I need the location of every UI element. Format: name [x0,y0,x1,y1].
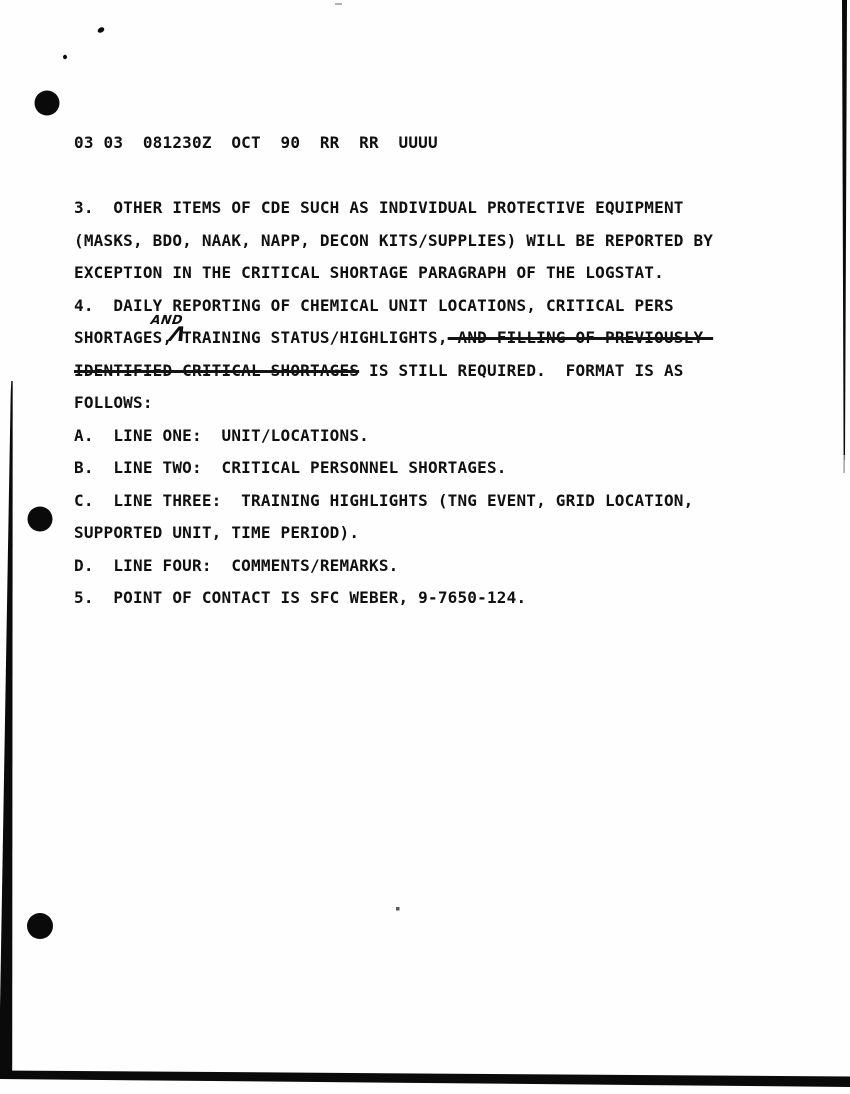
document-line: FOLLOWS: [74,387,713,420]
scan-edge-right-fade [843,455,844,473]
struck-text: AND FILLING OF PREVIOUSLY [448,328,714,347]
typed-text: 3. OTHER ITEMS OF CDE SUCH AS INDIVIDUAL… [74,198,684,217]
document-line: IDENTIFIED CRITICAL SHORTAGES IS STILL R… [74,355,713,388]
typed-text: SHORTAGES, TRAINING STATUS/HIGHLIGHTS, [74,328,448,347]
hole-punch-mark-top [35,91,60,116]
document-line: (MASKS, BDO, NAAK, NAPP, DECON KITS/SUPP… [74,225,713,258]
ink-speck-top-1 [97,26,106,34]
document-line: 5. POINT OF CONTACT IS SFC WEBER, 9-7650… [74,582,713,615]
document-line: 3. OTHER ITEMS OF CDE SUCH AS INDIVIDUAL… [74,192,713,225]
scan-smudge-top-center [335,3,342,5]
document-line: 03 03 081230Z OCT 90 RR RR UUUU [74,127,713,160]
typed-text: SUPPORTED UNIT, TIME PERIOD). [74,523,359,542]
struck-text: IDENTIFIED CRITICAL SHORTAGES [74,361,359,380]
typed-text: 5. POINT OF CONTACT IS SFC WEBER, 9-7650… [74,588,526,607]
typed-text: A. LINE ONE: UNIT/LOCATIONS. [74,426,369,445]
document-line: EXCEPTION IN THE CRITICAL SHORTAGE PARAG… [74,257,713,290]
ink-dot-center-lower [396,907,400,911]
scan-edge-bottom [0,1071,850,1088]
document-line: B. LINE TWO: CRITICAL PERSONNEL SHORTAGE… [74,452,713,485]
scanned-document-page: 03 03 081230Z OCT 90 RR RR UUUU 3. OTHER… [0,0,850,1094]
typed-text: D. LINE FOUR: COMMENTS/REMARKS. [74,556,398,575]
typed-text: FOLLOWS: [74,393,153,412]
document-line [74,160,713,193]
typed-text: IS STILL REQUIRED. FORMAT IS AS [359,361,683,380]
scan-edge-left [0,381,13,1077]
typed-text: EXCEPTION IN THE CRITICAL SHORTAGE PARAG… [74,263,664,282]
scan-edge-right [842,0,847,460]
hole-punch-mark-bottom [27,913,53,939]
typed-text: C. LINE THREE: TRAINING HIGHLIGHTS (TNG … [74,491,693,510]
typed-text: B. LINE TWO: CRITICAL PERSONNEL SHORTAGE… [74,458,507,477]
document-line: SUPPORTED UNIT, TIME PERIOD). [74,517,713,550]
document-line: C. LINE THREE: TRAINING HIGHLIGHTS (TNG … [74,485,713,518]
document-line: A. LINE ONE: UNIT/LOCATIONS. [74,420,713,453]
typed-text: 03 03 081230Z OCT 90 RR RR UUUU [74,133,438,152]
typed-text: (MASKS, BDO, NAAK, NAPP, DECON KITS/SUPP… [74,231,713,250]
ink-speck-top-2 [63,55,67,59]
document-line: D. LINE FOUR: COMMENTS/REMARKS. [74,550,713,583]
hole-punch-mark-middle [28,507,53,532]
document-body: 03 03 081230Z OCT 90 RR RR UUUU 3. OTHER… [74,127,713,615]
